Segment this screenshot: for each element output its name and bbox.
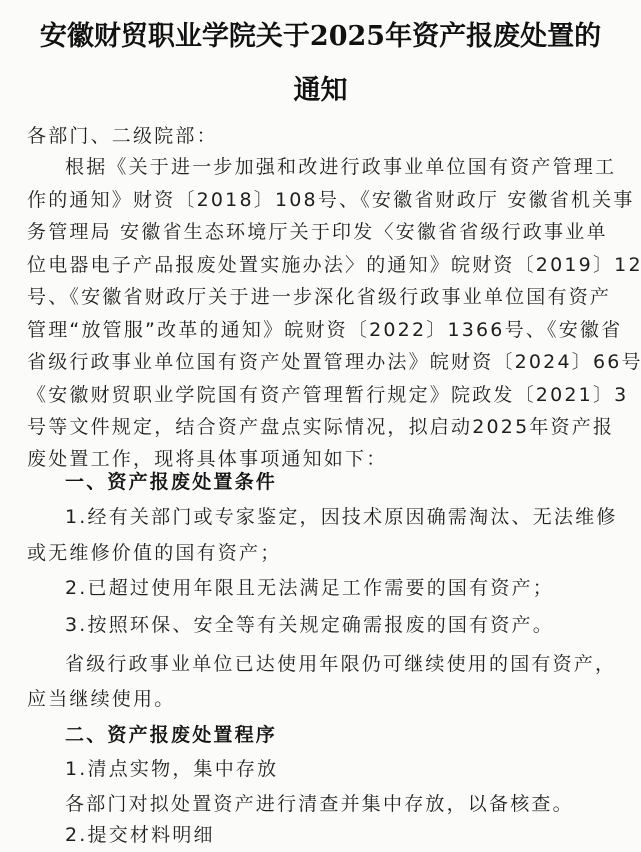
intro-line: 根据《关于进一步加强和改进行政事业单位国有资产管理工 bbox=[65, 152, 616, 179]
document-page: 安徽财贸职业学院关于2025年资产报废处置的 通知 各部门、二级院部： 根据《关… bbox=[0, 0, 641, 852]
section1-item3: 3.按照环保、安全等有关规定确需报废的国有资产。 bbox=[65, 610, 554, 637]
document-title-line2: 通知 bbox=[0, 68, 641, 107]
intro-line: 《安徽财贸职业学院国有资产管理暂行规定》院政发〔2021〕3 bbox=[27, 380, 628, 407]
section1-note-line2: 应当继续使用。 bbox=[27, 684, 175, 711]
intro-line: 管理“放管服”改革的通知》皖财资〔2022〕1366号、《安徽省 bbox=[27, 315, 622, 342]
section2-step1-title: 1.清点实物，集中存放 bbox=[65, 754, 278, 781]
section1-heading: 一、资产报废处置条件 bbox=[65, 467, 277, 494]
section1-item2: 2.已超过使用年限且无法满足工作需要的国有资产； bbox=[65, 573, 554, 600]
section2-step2-title: 2.提交材料明细 bbox=[65, 820, 215, 847]
intro-line: 务管理局 安徽省生态环境厅关于印发〈安徽省省级行政事业单 bbox=[27, 217, 608, 244]
intro-line: 号等文件规定，结合资产盘点实际情况，拟启动2025年资产报 bbox=[27, 412, 614, 439]
section1-item1-line1: 1.经有关部门或专家鉴定，因技术原因确需淘汰、无法维修 bbox=[65, 502, 618, 529]
section1-note-line1: 省级行政事业单位已达使用年限仍可继续使用的国有资产， bbox=[65, 649, 616, 676]
section2-step1-body: 各部门对拟处置资产进行清查并集中存放，以备核查。 bbox=[65, 789, 574, 816]
intro-line: 省级行政事业单位国有资产处置管理办法》皖财资〔2024〕66号、 bbox=[27, 347, 641, 374]
document-title-line1: 安徽财贸职业学院关于2025年资产报废处置的 bbox=[0, 14, 641, 53]
section1-item1-line2: 或无维修价值的国有资产； bbox=[27, 538, 281, 565]
intro-line: 位电器电子产品报废处置实施办法〉的通知》皖财资〔2019〕1270 bbox=[27, 250, 641, 277]
salutation: 各部门、二级院部： bbox=[27, 121, 218, 148]
intro-line: 作的通知》财资〔2018〕108号、《安徽省财政厅 安徽省机关事 bbox=[27, 185, 635, 212]
section2-heading: 二、资产报废处置程序 bbox=[65, 720, 277, 747]
intro-line: 号、《安徽省财政厅关于进一步深化省级行政事业单位国有资产 bbox=[27, 282, 611, 309]
